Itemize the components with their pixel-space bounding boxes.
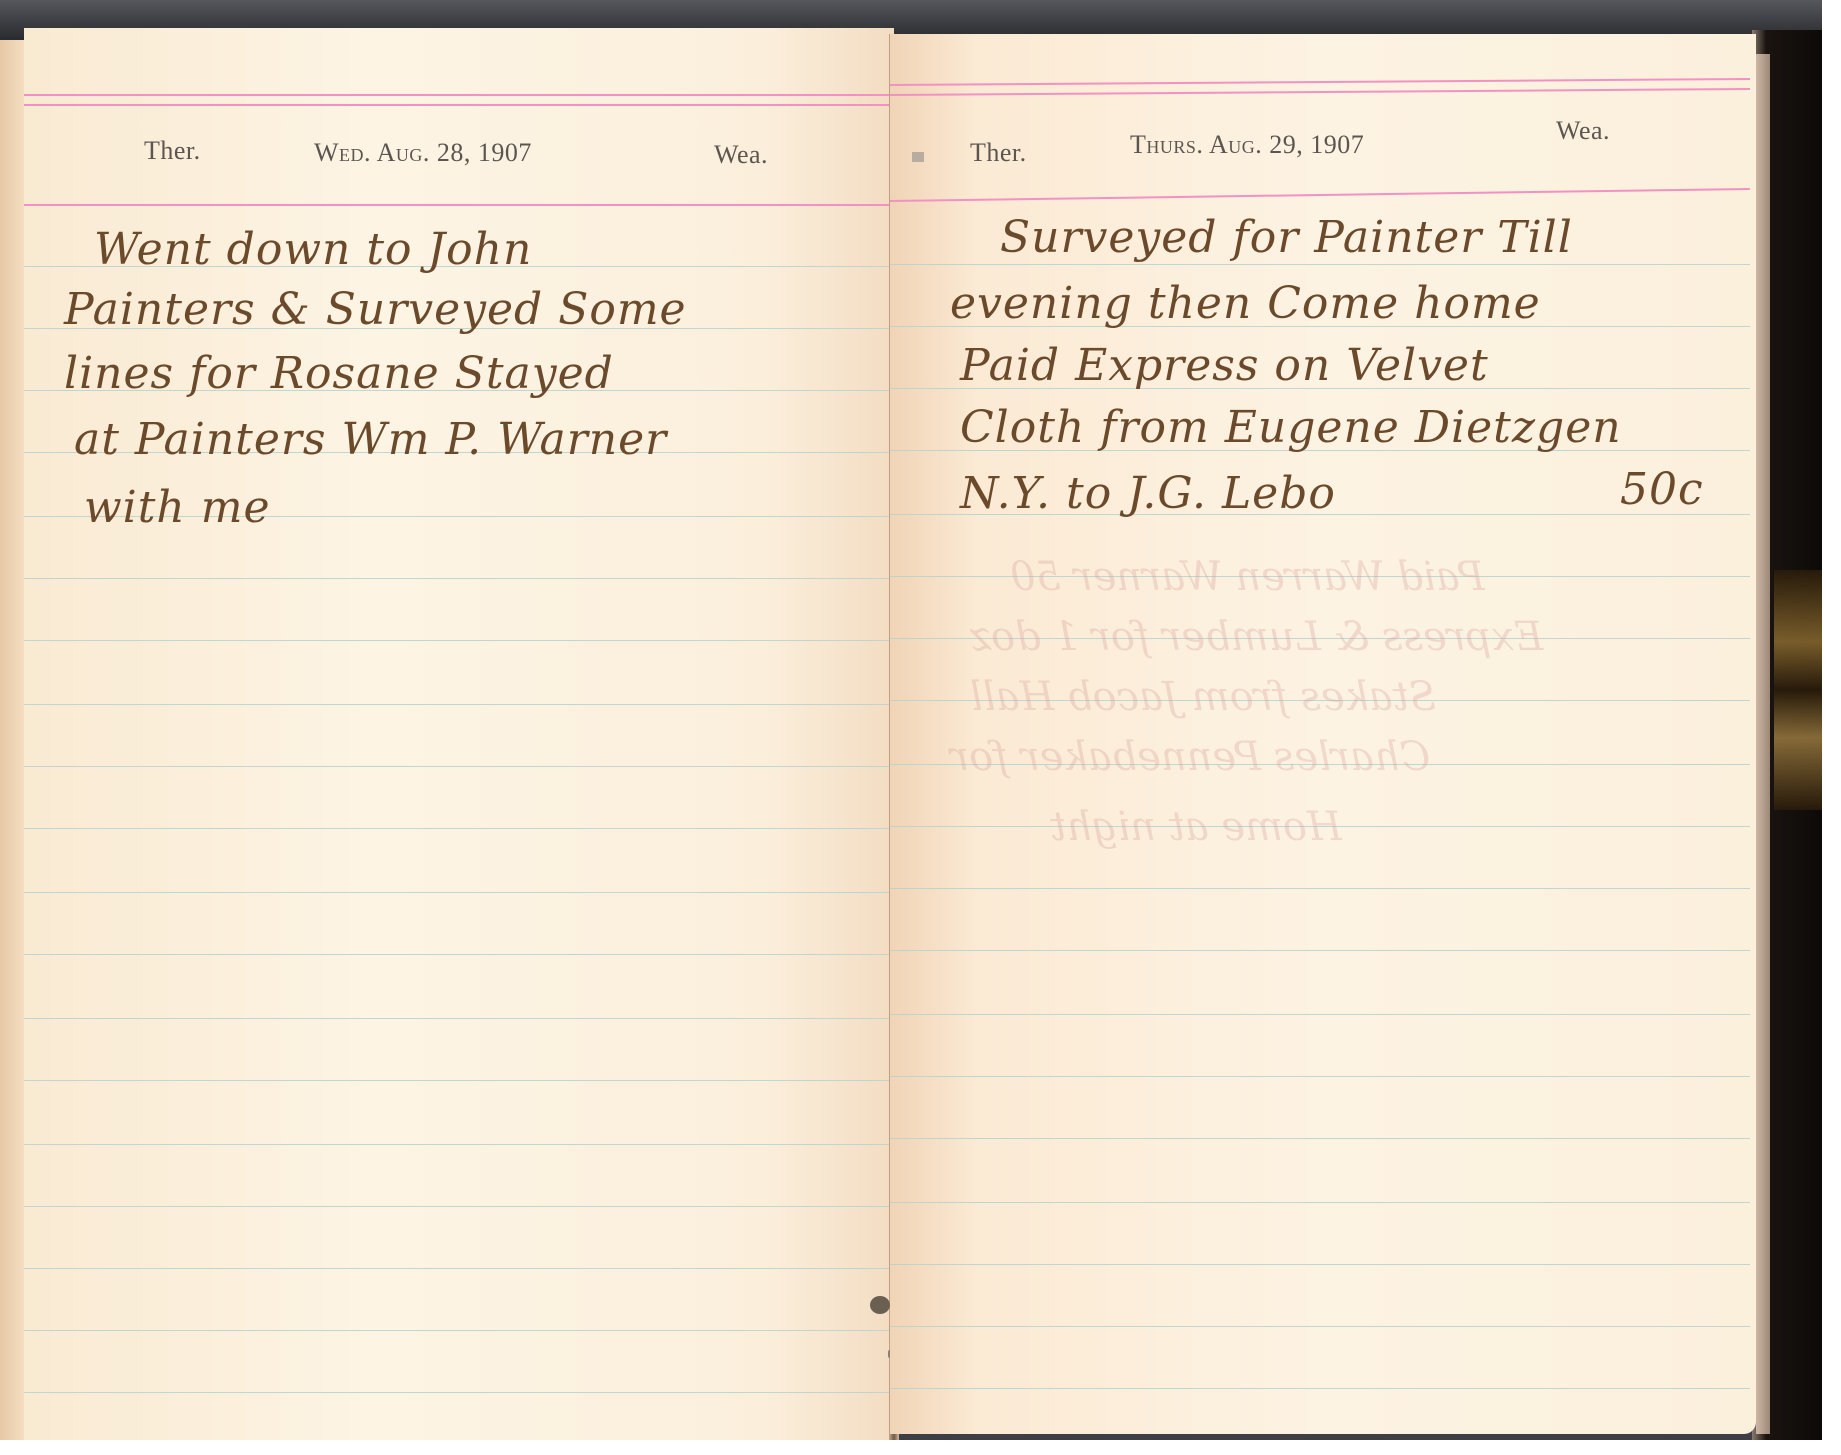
entry-line: evening then Come home	[950, 278, 1541, 329]
ther-label: Ther.	[970, 138, 1027, 168]
ruled-line	[24, 828, 890, 829]
ruled-line	[24, 1330, 890, 1331]
bleed-through-line: Charles Pennebaker for	[950, 734, 1430, 780]
ruled-line	[24, 640, 890, 641]
entry-line: at Painters Wm P. Warner	[74, 414, 667, 465]
entry-line: lines for Rosane Stayed	[64, 348, 614, 399]
header-rule	[24, 94, 890, 96]
ruled-line	[24, 1268, 890, 1269]
entry-line: N.Y. to J.G. Lebo	[960, 468, 1336, 519]
wea-label: Wea.	[1556, 116, 1610, 146]
ruled-line	[890, 1326, 1750, 1327]
header-rule	[24, 104, 890, 106]
ruled-line	[24, 1018, 890, 1019]
ruled-line	[24, 1392, 890, 1393]
gutter-mark	[912, 152, 924, 162]
header-rule	[890, 78, 1750, 86]
entry-line: Surveyed for Painter Till	[1000, 212, 1573, 263]
date-heading: Thurs. Aug. 29, 1907	[1130, 130, 1364, 160]
diary-scan: Ther. Wed. Aug. 28, 1907 Wea. Went down …	[0, 0, 1822, 1440]
date-text: Wed. Aug. 28, 1907	[314, 138, 532, 167]
bookmark-ribbon	[1774, 570, 1822, 810]
header-rule	[24, 204, 890, 206]
ruled-line	[24, 1206, 890, 1207]
binding-knot	[870, 1296, 890, 1314]
right-page: Ther. Thurs. Aug. 29, 1907 Wea. Paid War…	[890, 34, 1756, 1434]
ruled-line	[24, 766, 890, 767]
wea-label: Wea.	[714, 140, 768, 170]
ruled-line	[24, 954, 890, 955]
ruled-line	[24, 1144, 890, 1145]
ruled-line	[24, 578, 890, 579]
date-text: Thurs. Aug. 29, 1907	[1130, 130, 1364, 159]
entry-line: Painters & Surveyed Some	[64, 284, 687, 335]
page-edge-left	[0, 40, 26, 1440]
ruled-line	[890, 1202, 1750, 1203]
date-heading: Wed. Aug. 28, 1907	[314, 138, 532, 168]
ruled-line	[890, 264, 1750, 265]
bleed-through-line: Paid Warren Warner 50	[1010, 554, 1485, 600]
header-rule	[890, 88, 1750, 96]
ruled-line	[890, 1014, 1750, 1015]
ruled-line	[24, 892, 890, 893]
ruled-line	[890, 1264, 1750, 1265]
ruled-line	[890, 1076, 1750, 1077]
entry-line: Paid Express on Velvet	[960, 340, 1489, 391]
bleed-through-line: Home at night	[1050, 804, 1342, 850]
ruled-line	[890, 888, 1750, 889]
left-page: Ther. Wed. Aug. 28, 1907 Wea. Went down …	[24, 28, 894, 1440]
ruled-line	[890, 950, 1750, 951]
ruled-line	[890, 1138, 1750, 1139]
ruled-line	[24, 1080, 890, 1081]
entry-line: Went down to John	[94, 224, 532, 275]
entry-line: Cloth from Eugene Dietzgen	[960, 402, 1622, 453]
header-rule	[890, 188, 1750, 202]
ther-label: Ther.	[144, 136, 201, 166]
ruled-line	[24, 704, 890, 705]
entry-line: with me	[84, 482, 271, 533]
bleed-through-line: Express & Lumber for 1 doz	[970, 614, 1543, 660]
ruled-line	[890, 1388, 1750, 1389]
entry-amount: 50c	[1620, 464, 1704, 515]
bleed-through-line: Stakes from Jacob Hall	[970, 674, 1436, 720]
